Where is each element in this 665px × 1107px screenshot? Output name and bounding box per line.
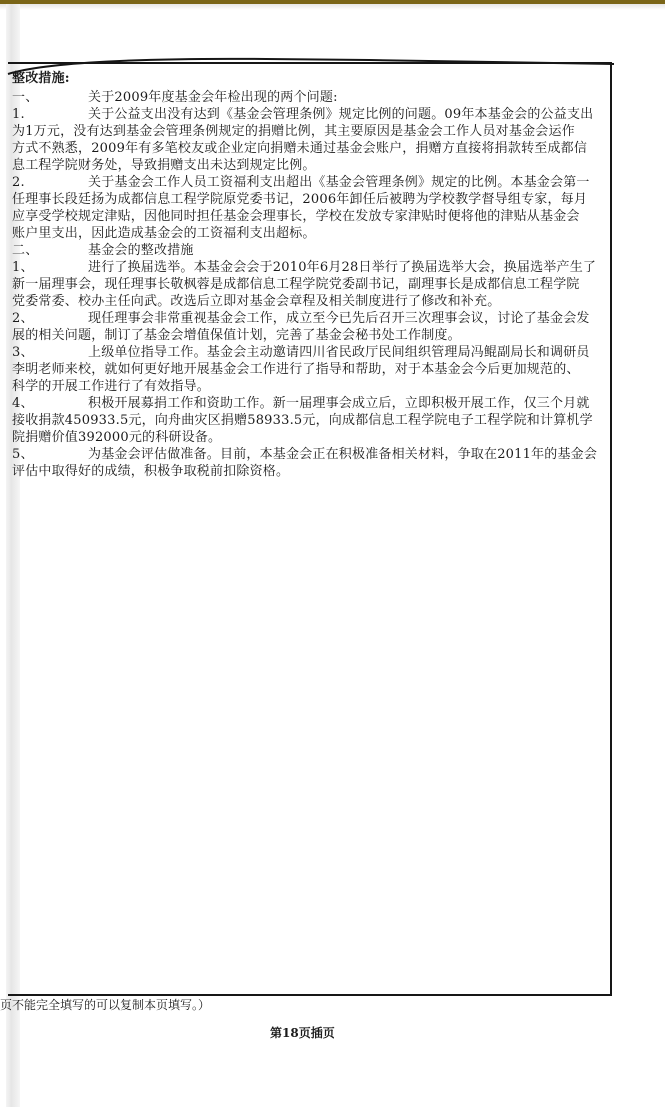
item-line: 息工程学院财务处，导致捐赠支出未达到规定比例。 <box>12 157 604 174</box>
section-title: 关于2009年度基金会年检出现的两个问题: <box>88 89 604 106</box>
section-heading: 整改措施: <box>12 70 604 87</box>
list-item: 1、 进行了换届选举。本基金会会于2010年6月28日举行了换届选举大会，换届选… <box>12 259 604 310</box>
section-1-title-row: 一、 关于2009年度基金会年检出现的两个问题: <box>12 89 604 106</box>
item-marker: 1、 <box>12 259 88 276</box>
item-line: 方式不熟悉，2009年有多笔校友或企业定向捐赠未通过基金会账户，捐赠方直接将捐款… <box>12 140 604 157</box>
item-line: 院捐赠价值392000元的科研设备。 <box>12 429 604 446</box>
item-line: 任理事长段廷扬为成都信息工程学院原党委书记，2006年卸任后被聘为学校教学督导组… <box>12 191 604 208</box>
top-shadow <box>0 4 665 10</box>
list-item: 5、 为基金会评估做准备。目前，本基金会正在积极准备相关材料，争取在2011年的… <box>12 446 604 480</box>
item-line: 应享受学校规定津贴，因他同时担任基金会理事长，学校在发放专家津贴时便将他的津贴从… <box>12 208 604 225</box>
item-first-line: 关于基金会工作人员工资福利支出超出《基金会管理条例》规定的比例。本基金会第一 <box>88 174 604 191</box>
item-line: 评估中取得好的成绩，积极争取税前扣除资格。 <box>12 463 604 480</box>
document-content: 整改措施: 一、 关于2009年度基金会年检出现的两个问题: 1. 关于公益支出… <box>12 70 604 480</box>
item-line: 新一届理事会，现任理事长敬枫蓉是成都信息工程学院党委副书记，副理事长是成都信息工… <box>12 276 604 293</box>
item-line: 李明老师来校，就如何更好地开展基金会工作进行了指导和帮助，对于本基金会今后更加规… <box>12 361 604 378</box>
section-marker: 一、 <box>12 89 88 106</box>
footnote: 页不能完全填写的可以复制本页填写。） <box>0 996 210 1013</box>
item-line: 展的相关问题，制订了基金会增值保值计划，完善了基金会秘书处工作制度。 <box>12 327 604 344</box>
list-item: 4、 积极开展募捐工作和资助工作。新一届理事会成立后，立即积极开展工作，仅三个月… <box>12 395 604 446</box>
item-marker: 5、 <box>12 446 88 463</box>
item-first-line: 关于公益支出没有达到《基金会管理条例》规定比例的问题。09年本基金会的公益支出 <box>88 106 604 123</box>
section-title: 基金会的整改措施 <box>88 242 604 259</box>
section-2-title-row: 二、 基金会的整改措施 <box>12 242 604 259</box>
item-first-line: 积极开展募捐工作和资助工作。新一届理事会成立后，立即积极开展工作，仅三个月就 <box>88 395 604 412</box>
page-label: 第18页插页 <box>270 1024 335 1041</box>
item-line: 党委常委、校办主任向武。改选后立即对基金会章程及相关制度进行了修改和补充。 <box>12 293 604 310</box>
item-marker: 2、 <box>12 310 88 327</box>
list-item: 3、 上级单位指导工作。基金会主动邀请四川省民政厅民间组织管理局冯鲲副局长和调研… <box>12 344 604 395</box>
item-marker: 3、 <box>12 344 88 361</box>
item-first-line: 现任理事会非常重视基金会工作，成立至今已先后召开三次理事会议，讨论了基金会发 <box>88 310 604 327</box>
item-marker: 2. <box>12 174 88 191</box>
section-marker: 二、 <box>12 242 88 259</box>
item-first-line: 为基金会评估做准备。目前，本基金会正在积极准备相关材料，争取在2011年的基金会 <box>88 446 604 463</box>
item-first-line: 进行了换届选举。本基金会会于2010年6月28日举行了换届选举大会，换届选举产生… <box>88 259 604 276</box>
item-marker: 4、 <box>12 395 88 412</box>
item-line: 科学的开展工作进行了有效指导。 <box>12 378 604 395</box>
item-line: 接收捐款450933.5元，向舟曲灾区捐赠58933.5元，向成都信息工程学院电… <box>12 412 604 429</box>
list-item: 1. 关于公益支出没有达到《基金会管理条例》规定比例的问题。09年本基金会的公益… <box>12 106 604 174</box>
item-line: 为1万元，没有达到基金会管理条例规定的捐赠比例，其主要原因是基金会工作人员对基金… <box>12 123 604 140</box>
item-first-line: 上级单位指导工作。基金会主动邀请四川省民政厅民间组织管理局冯鲲副局长和调研员 <box>88 344 604 361</box>
list-item: 2. 关于基金会工作人员工资福利支出超出《基金会管理条例》规定的比例。本基金会第… <box>12 174 604 242</box>
list-item: 2、 现任理事会非常重视基金会工作，成立至今已先后召开三次理事会议，讨论了基金会… <box>12 310 604 344</box>
item-line: 账户里支出，因此造成基金会的工资福利支出超标。 <box>12 225 604 242</box>
item-marker: 1. <box>12 106 88 123</box>
